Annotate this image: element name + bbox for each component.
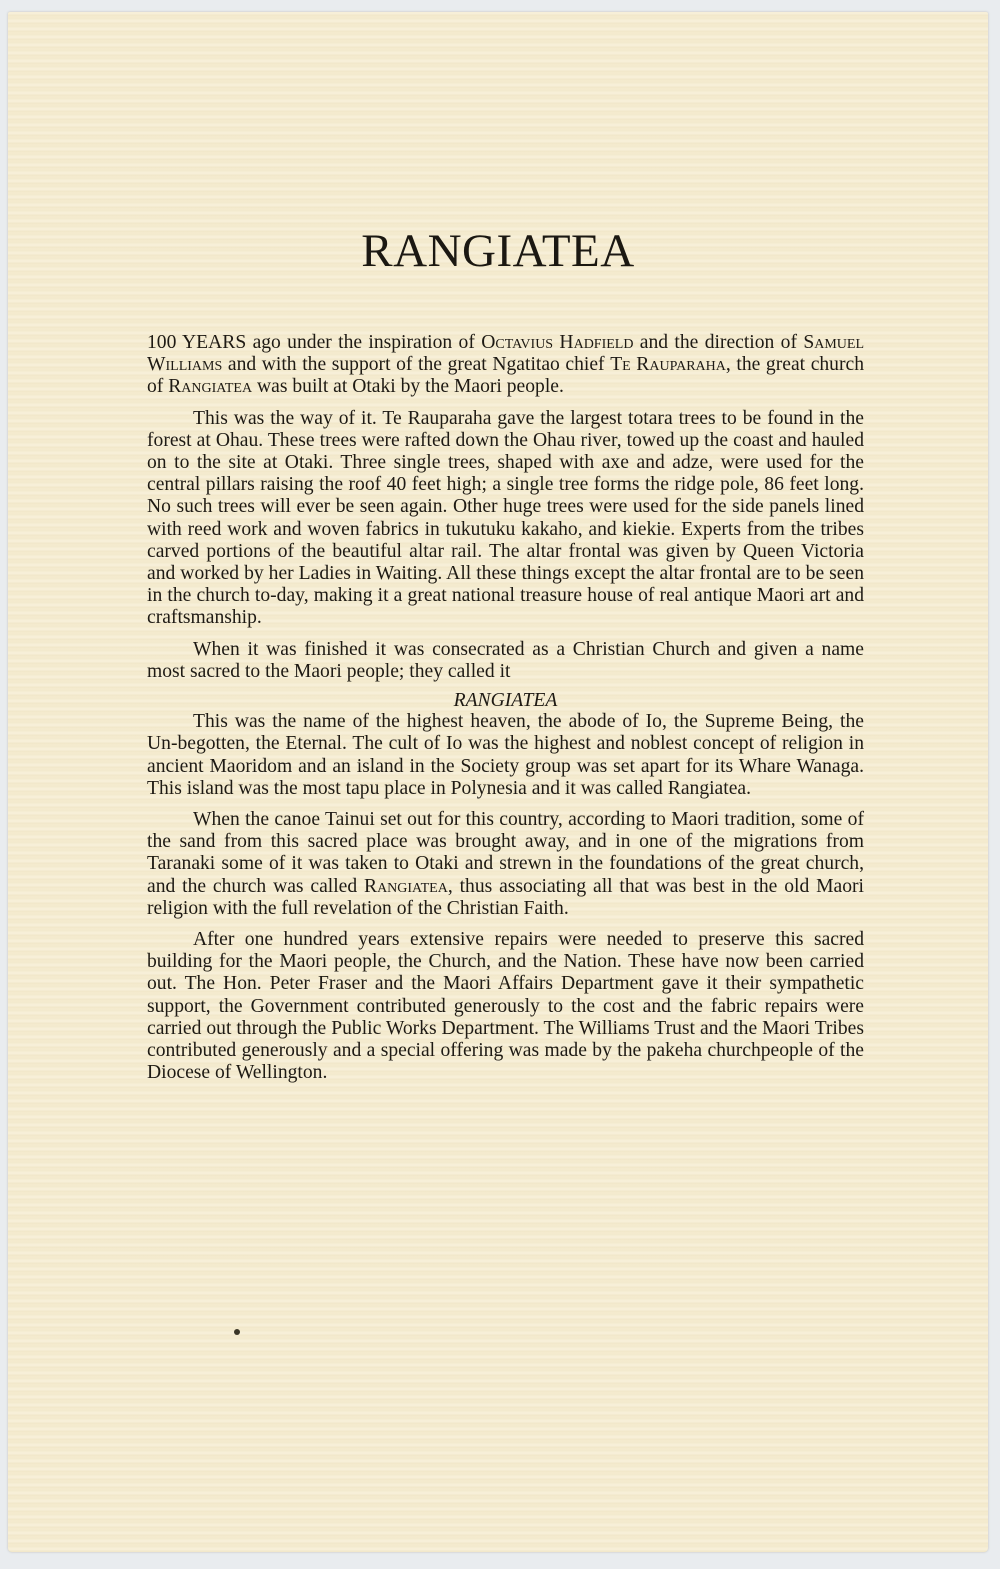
paragraph-construction: This was the way of it. Te Rauparaha gav… <box>147 408 864 630</box>
ink-speck <box>234 1329 240 1335</box>
text-segment: and with the support of the great Ngatit… <box>222 354 610 375</box>
text-segment: was built at Otaki by the Maori people. <box>252 376 564 397</box>
text-segment: 100 YEARS ago under the inspiration of <box>147 332 481 353</box>
paragraph-repairs: After one hundred years extensive repair… <box>147 929 864 1084</box>
paper-page: RANGIATEA 100 YEARS ago under the inspir… <box>8 12 988 1552</box>
paragraph-intro: 100 YEARS ago under the inspiration of O… <box>147 332 864 399</box>
text-segment: and the direction of <box>633 332 803 353</box>
body-text: 100 YEARS ago under the inspiration of O… <box>147 332 864 1094</box>
name-rangiatea: Rangiatea <box>364 876 448 897</box>
page-title: RANGIATEA <box>8 224 988 278</box>
paragraph-highest-heaven: This was the name of the highest heaven,… <box>147 711 864 800</box>
name-octavius-hadfield: Octavius Hadfield <box>481 332 633 353</box>
subheading-rangiatea: RANGIATEA <box>147 690 864 712</box>
name-rangiatea: Rangiatea <box>168 376 252 397</box>
name-te-rauparaha: Te Rauparaha <box>610 354 726 375</box>
paragraph-consecration: When it was finished it was consecrated … <box>147 639 864 683</box>
paragraph-tainui-canoe: When the canoe Tainui set out for this c… <box>147 809 864 920</box>
